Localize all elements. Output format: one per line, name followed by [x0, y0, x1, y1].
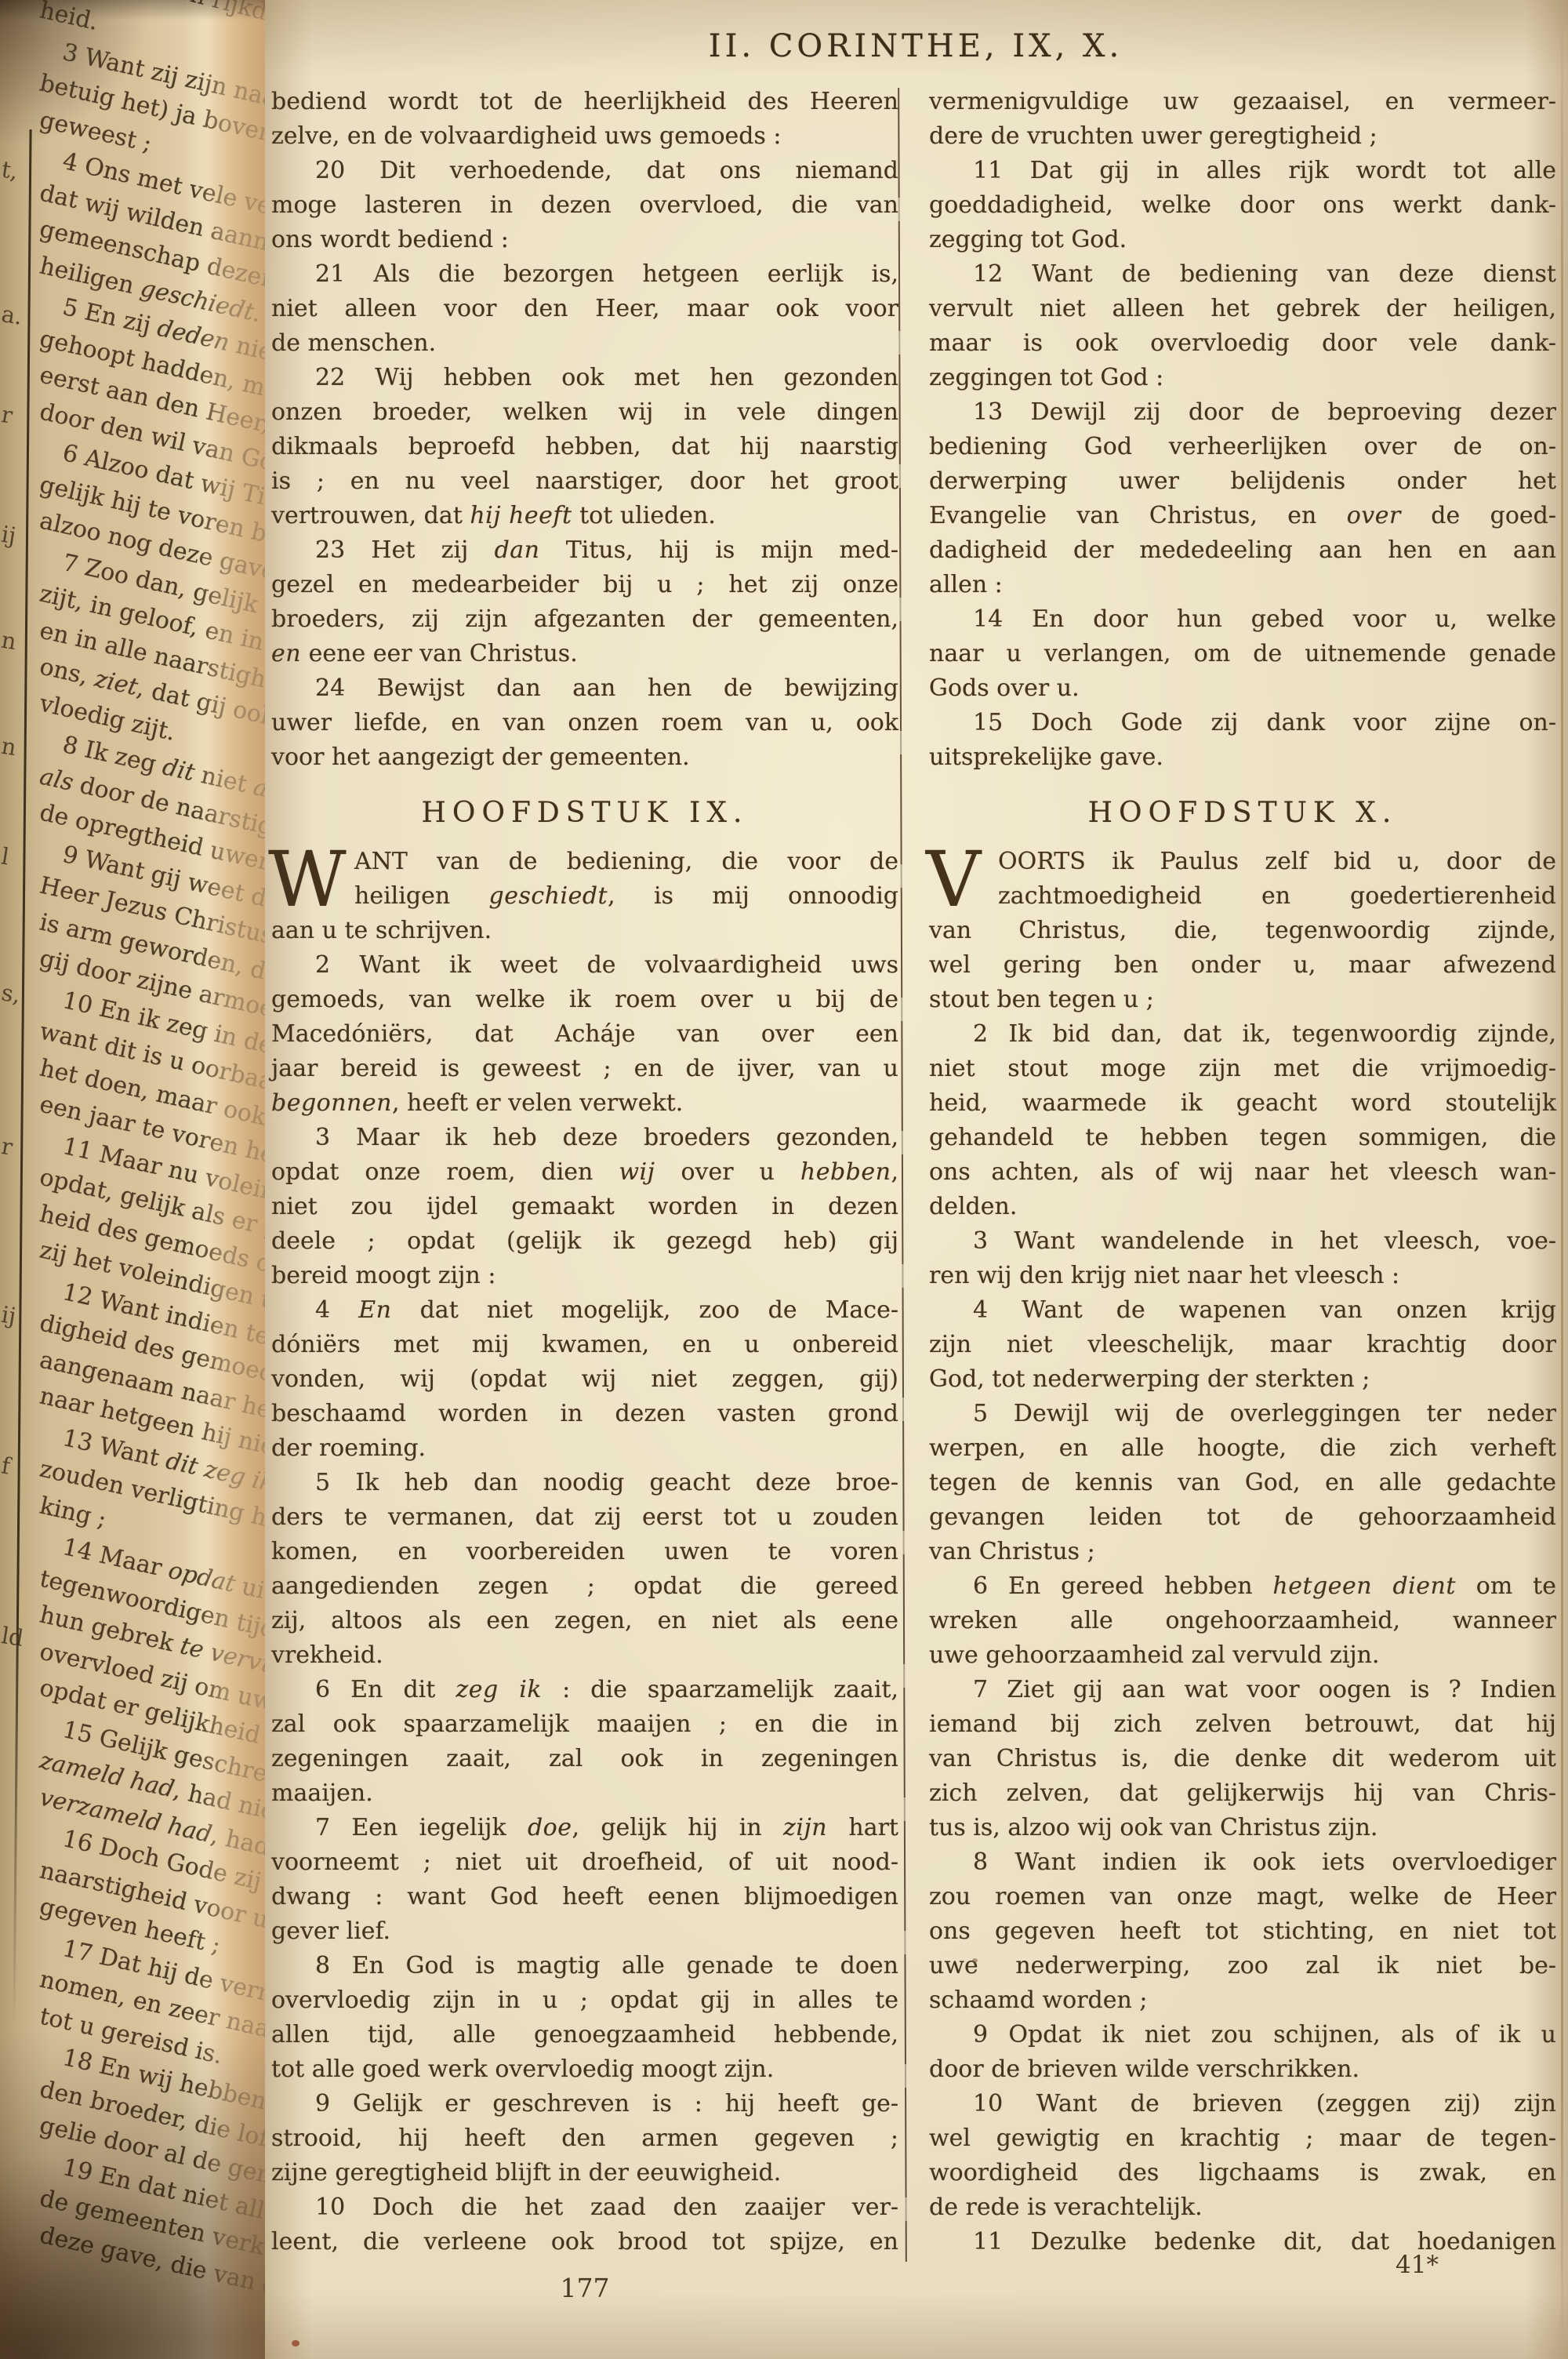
text-line: overvloedig zijn in u ; opdat gij in all… [271, 1983, 898, 2018]
gutter-text-line: heiligen geschiedt. [36, 248, 265, 392]
chapter-heading: HOOFDSTUK X. [929, 775, 1556, 845]
verse-paragraph: 9 Opdat ik niet zou schijnen, als of ik … [929, 2018, 1556, 2087]
gutter-text-line: hun gebrek te vervullen ; op [36, 1598, 265, 1742]
text-line: dere de vruchten uwer geregtigheid ; [929, 119, 1556, 154]
text-line: bereid moogt zijn : [271, 1259, 898, 1293]
text-line: leent, die verleene ook brood tot spijze… [271, 2225, 898, 2259]
text-line: 10 Want de brieven (zeggen zij) zijn [929, 2087, 1556, 2121]
text-line: 9 Opdat ik niet zou schijnen, als of ik … [929, 2018, 1556, 2052]
text-line: heiligen geschiedt, is mij onnoodig [271, 879, 898, 914]
text-line: stout ben tegen u ; [929, 983, 1556, 1017]
text-line: zegeningen zaait, zal ook in zegeningen [271, 1742, 898, 1776]
text-line: delden. [929, 1190, 1556, 1224]
text-line: ders te vermanen, dat zij eerst tot u zo… [271, 1500, 898, 1535]
gutter-text-line: 15 Gelijk geschreven is : d [36, 1707, 265, 1851]
gutter-text-line: 10 En ik zeg in dezen mij [36, 977, 265, 1121]
text-line: 21 Als die bezorgen hetgeen eerlijk is, [271, 257, 898, 292]
gutter-text-line: het doen, maar ook het wille [36, 1050, 265, 1194]
gutter-text-line: 16 Doch Gode zij dank, d [36, 1816, 265, 1961]
gutter-text-column: heid.3 Want zij zijn naar vermbetuig het… [39, 0, 265, 2253]
gutter-text-line: zij het voleindigen uit hetgee [36, 1233, 265, 1377]
gutter-text-line: betuig het) ja boven verm [36, 66, 265, 210]
gutter-top-fragment: den rijkdom [159, 0, 265, 35]
page-edge-fragment: n [0, 732, 18, 761]
gutter-text-line: 4 Ons met vele verma [36, 139, 265, 283]
text-line: uwe gehoorzaamheid zal vervuld zijn. [929, 1638, 1556, 1673]
text-line: 20 Dit verhoedende, dat ons niemand [271, 154, 898, 188]
paper-speck [972, 1958, 978, 1963]
page-edge-fragment: l [0, 842, 11, 870]
text-line: zijn niet vleeschelijk, maar krachtig do… [929, 1328, 1556, 1362]
gutter-text-line: 19 En dat niet alleen, ma [36, 2144, 265, 2288]
page-right-edge [1561, 0, 1563, 2359]
gutter-text-line: king ; [36, 1488, 265, 1632]
text-line: broeders, zij zijn afgezanten der gemeen… [271, 602, 898, 637]
verse-paragraph: 4 En dat niet mogelijk, zoo de Mace-dóni… [271, 1293, 898, 1466]
text-line: 4 Want de wapenen van onzen krijg [929, 1293, 1556, 1328]
gutter-text-line: gehoopt hadden, maar gav [36, 321, 265, 465]
gutter-text-line: eerst aan den Heer, en d [36, 358, 265, 502]
verse-paragraph: 5 Dewijl wij de overleggingen ter nederw… [929, 1397, 1556, 1569]
text-line: gever lief. [271, 1914, 898, 1949]
text-line: zou roemen van onze magt, welke de Heer [929, 1880, 1556, 1914]
text-line: uitsprekelijke gave. [929, 740, 1556, 775]
gutter-text-line: nomen, en zeer naarstig zijn [36, 1962, 265, 2106]
gutter-text-line: 6 Alzoo dat wij Titus verm [36, 431, 265, 575]
gutter-text-line: door den wil van God. [36, 394, 265, 538]
gutter-text-line: naar hetgeen hij niet heeft. [36, 1379, 265, 1523]
gutter-text-line: de gemeenten verkoren, om [36, 2181, 265, 2325]
text-line: Gods over u. [929, 671, 1556, 706]
verse-paragraph: vermenigvuldige uw gezaaisel, en vermeer… [929, 85, 1556, 154]
page-edge-fragment: t, [0, 156, 20, 185]
text-line: niet stout moge zijn met die vrijmoedig- [929, 1052, 1556, 1086]
right-text-column: vermenigvuldige uw gezaaisel, en vermeer… [929, 85, 1556, 2259]
verse-paragraph: 9 Gelijk er geschreven is : hij heeft ge… [271, 2087, 898, 2190]
text-line: deele ; opdat (gelijk ik gezegd heb) gij [271, 1224, 898, 1259]
verse-paragraph: 2 Ik bid dan, dat ik, tegenwoordig zijnd… [929, 1017, 1556, 1224]
text-line: allen : [929, 568, 1556, 602]
text-line: 24 Bewijst dan aan hen de bewijzing [271, 671, 898, 706]
text-line: 7 Ziet gij aan wat voor oogen is ? Indie… [929, 1673, 1556, 1707]
verse-paragraph: 6 En gereed hebben hetgeen dient om tewr… [929, 1569, 1556, 1673]
text-line: zal ook spaarzamelijk maaijen ; en die i… [271, 1707, 898, 1742]
text-line: wel gering ben onder u, maar afwezend [929, 948, 1556, 983]
gutter-text-line: 9 Want gij weet de gena [36, 831, 265, 976]
verse-paragraph: bediend wordt tot de heerlijkheid des He… [271, 85, 898, 154]
verse-paragraph: 10 Want de brieven (zeggen zij) zijnwel … [929, 2087, 1556, 2225]
gutter-text-line: tot u gereisd is. [36, 1998, 265, 2143]
verse-paragraph: 7 Een iegelijk doe, gelijk hij in zijn h… [271, 1811, 898, 1949]
gutter-text-line: 13 Want dit zeg ik niet, op [36, 1415, 265, 1559]
text-line: ons gegeven heeft tot stichting, en niet… [929, 1914, 1556, 1949]
text-line: komen, en voorbereiden uwen te voren [271, 1535, 898, 1569]
page-edge-fragment: n [0, 627, 18, 656]
verse-paragraph: 8 En God is magtig alle genade te doenov… [271, 1949, 898, 2087]
chapter-heading: HOOFDSTUK IX. [271, 775, 898, 845]
verse-paragraph: 24 Bewijst dan aan hen de bewijzinguwer … [271, 671, 898, 775]
text-line: 3 Maar ik heb deze broeders gezonden, [271, 1121, 898, 1155]
gutter-text-line: is arm geworden, daar hij rij [36, 904, 265, 1049]
gutter-text-line: de opregtheid uwer liefde bew [36, 795, 265, 940]
gutter-text-line: gelie door al de gemeenten [36, 2108, 265, 2252]
verse-paragraph: 6 En dit zeg ik : die spaarzamelijk zaai… [271, 1673, 898, 1811]
text-line: der roeming. [271, 1431, 898, 1466]
gutter-text-line: gemeenschap dezer bedien [36, 212, 265, 356]
text-line: de menschen. [271, 326, 898, 361]
text-line: gehandeld te hebben tegen sommigen, die [929, 1121, 1556, 1155]
text-line: maar is ook overvloedig door vele dank- [929, 326, 1556, 361]
gutter-text-line: 8 Ik zeg dit niet als gebi [36, 722, 265, 867]
text-line: dóniërs met mij kwamen, en u onbereid [271, 1328, 898, 1362]
text-line: en eene eer van Christus. [271, 637, 898, 671]
text-line: ons achten, als of wij naar het vleesch … [929, 1155, 1556, 1190]
text-line: niet zou ijdel gemaakt worden in dezen [271, 1190, 898, 1224]
scanned-book-photo: { "page": { "running_head": "II. CORINTH… [0, 0, 1568, 2359]
gutter-text-line: dat wij wilden aannemen [36, 175, 265, 319]
verse-paragraph: WANT van de bediening, die voor deheilig… [271, 845, 898, 948]
text-line: Evangelie van Christus, en over de goed- [929, 499, 1556, 533]
text-line: de rede is verachtelijk. [929, 2190, 1556, 2225]
gutter-text-line: 14 Maar opdat uit gelijkh [36, 1525, 265, 1669]
text-line: maaijen. [271, 1776, 898, 1811]
text-line: tegen de kennis van God, en alle gedacht… [929, 1466, 1556, 1500]
text-line: 11 Dat gij in alles rijk wordt tot alle [929, 154, 1556, 188]
gutter-text-line: naarstigheid voor u in het h [36, 1852, 265, 1997]
gutter-text-line: 17 Dat hij de vermaning [36, 1925, 265, 2070]
gutter-text-line: deze gave, die van ons bedie [36, 2217, 265, 2359]
text-line: dwang : want God heeft eenen blijmoedige… [271, 1880, 898, 1914]
text-line: 13 Dewijl zij door de beproeving dezer [929, 395, 1556, 430]
text-line: niet alleen voor den Heer, maar ook voor [271, 292, 898, 326]
text-line: werpen, en alle hoogte, die zich verheft [929, 1431, 1556, 1466]
gutter-text-line: 12 Want indien te voren d [36, 1269, 265, 1413]
text-line: van Christus, die, tegenwoordig zijnde, [929, 914, 1556, 948]
verse-paragraph: 11 Dat gij in alles rijk wordt tot alleg… [929, 154, 1556, 257]
text-line: 7 Een iegelijk doe, gelijk hij in zijn h… [271, 1811, 898, 1845]
gutter-text-line: alzoo nog deze gave bij u vol [36, 503, 265, 648]
verse-paragraph: 8 Want indien ik ook iets overvloedigerz… [929, 1845, 1556, 2018]
text-line: opdat onze roem, dien wij over u hebben, [271, 1155, 898, 1190]
text-line: vonden, wij (opdat wij niet zeggen, gij) [271, 1362, 898, 1397]
gutter-text-line: 18 En wij hebben ook med [36, 2035, 265, 2179]
text-line: is ; en nu veel naarstiger, door het gro… [271, 464, 898, 499]
text-line: vertrouwen, dat hij heeft tot ulieden. [271, 499, 898, 533]
text-line: zij, altoos als een zegen, en niet als e… [271, 1604, 898, 1638]
page-number: 177 [271, 2273, 898, 2303]
text-line: goeddadigheid, welke door ons werkt dank… [929, 188, 1556, 223]
text-line: ANT van de bediening, die voor de [271, 845, 898, 879]
text-line: 10 Doch die het zaad den zaaijer ver- [271, 2190, 898, 2225]
page-edge-fragment: ld [0, 1622, 25, 1652]
text-line: zegging tot God. [929, 223, 1556, 257]
drop-cap-initial: W [268, 847, 347, 913]
text-line: tus is, alzoo wij ook van Christus zijn. [929, 1811, 1556, 1845]
text-line: naar u verlangen, om de uitnemende genad… [929, 637, 1556, 671]
gutter-column-rule [13, 129, 31, 2027]
verse-paragraph: 20 Dit verhoedende, dat ons niemandmoge … [271, 154, 898, 257]
verse-paragraph: 7 Ziet gij aan wat voor oogen is ? Indie… [929, 1673, 1556, 1845]
gutter-text-line: want dit is u oorbaar, als die [36, 1014, 265, 1158]
page-edge-fragment: s, [0, 979, 23, 1008]
verse-paragraph: 10 Doch die het zaad den zaaijer ver-lee… [271, 2190, 898, 2259]
text-line: zeggingen tot God : [929, 361, 1556, 395]
text-line: bediening God verheerlijken over de on- [929, 430, 1556, 464]
gutter-text-line: vloedig zijt. [36, 685, 265, 830]
verse-paragraph: VOORTS ik Paulus zelf bid u, door dezach… [929, 845, 1556, 1017]
text-line: derwerping uwer belijdenis onder het [929, 464, 1556, 499]
gutter-text-line: overvloed zij om uw gebrek [36, 1634, 265, 1778]
gutter-text-line: verzameld had, had niet te w [36, 1779, 265, 1924]
verse-paragraph: 13 Dewijl zij door de beproeving dezerbe… [929, 395, 1556, 602]
text-line: 15 Doch Gode zij dank voor zijne on- [929, 706, 1556, 740]
gutter-text-line: heid des gemoeds om te wille [36, 1196, 265, 1340]
gutter-text-line: aangenaam naar hetgeen ie [36, 1342, 265, 1486]
text-line: wreken alle ongehoorzaamheid, wanneer [929, 1604, 1556, 1638]
text-line: zelve, en de volvaardigheid uws gemoeds … [271, 119, 898, 154]
text-line: moge lasteren in dezen overvloed, die va… [271, 188, 898, 223]
text-line: God, tot nederwerping der sterkten ; [929, 1362, 1556, 1397]
gutter-text-line: als door de naarstigheid va [36, 758, 265, 903]
page-edge-fragment: ij [0, 521, 18, 549]
text-line: onzen broeder, welken wij in vele dingen [271, 395, 898, 430]
bible-page: II. CORINTHE, IX, X. bediend wordt tot d… [265, 0, 1568, 2359]
text-line: 8 Want indien ik ook iets overvloediger [929, 1845, 1556, 1880]
gutter-text-line: zameld had, had niet over ; en [36, 1743, 265, 1888]
verse-paragraph: 12 Want de bediening van deze dienstverv… [929, 257, 1556, 395]
gutter-text-line: opdat er gelijkheid worde. [36, 1670, 265, 1815]
text-line: voor het aangezigt der gemeenten. [271, 740, 898, 775]
gutter-text-line: gelijk hij te voren begonnen h [36, 467, 265, 611]
text-line: Macedóniërs, dat Acháje van over een [271, 1017, 898, 1052]
text-line: aangedienden zegen ; opdat die gereed [271, 1569, 898, 1604]
text-line: begonnen, heeft er velen verwekt. [271, 1086, 898, 1121]
text-line: beschaamd worden in dezen vasten grond [271, 1397, 898, 1431]
gutter-text-line: opdat, gelijk als er geweest is d [36, 1160, 265, 1304]
text-line: ren wij den krijg niet naar het vleesch … [929, 1259, 1556, 1293]
text-line: zijne geregtigheid blijft in der eeuwigh… [271, 2156, 898, 2190]
text-line: iemand bij zich zelven betrouwt, dat hij [929, 1707, 1556, 1742]
gutter-text-line: heid. [36, 0, 265, 137]
text-line: zachtmoedigheid en goedertierenheid [929, 879, 1556, 914]
text-line: door de brieven wilde verschrikken. [929, 2052, 1556, 2087]
verse-paragraph: 2 Want ik weet de volvaardigheid uwsgemo… [271, 948, 898, 1121]
text-line: bediend wordt tot de heerlijkheid des He… [271, 85, 898, 119]
text-line: OORTS ik Paulus zelf bid u, door de [929, 845, 1556, 879]
gutter-text-line: 3 Want zij zijn naar verm [36, 29, 265, 173]
text-line: 6 En gereed hebben hetgeen dient om te [929, 1569, 1556, 1604]
page-edge-fragment: r [0, 1132, 14, 1161]
gutter-text-line: ons, ziet, dat gij ook in deze [36, 649, 265, 794]
text-line: strooid, hij heeft den armen gegeven ; [271, 2121, 898, 2156]
page-edge-fragment: a. [0, 300, 24, 330]
verse-paragraph: 5 Ik heb dan noodig geacht deze broe-der… [271, 1466, 898, 1673]
verse-paragraph: 21 Als die bezorgen hetgeen eerlijk is,n… [271, 257, 898, 361]
text-line: 14 En door hun gebed voor u, welke [929, 602, 1556, 637]
book-gutter-previous-page: heid.3 Want zij zijn naar vermbetuig het… [0, 0, 265, 2359]
running-head: II. CORINTHE, IX, X. [265, 28, 1566, 64]
verse-paragraph: 4 Want de wapenen van onzen krijgzijn ni… [929, 1293, 1556, 1397]
text-line: uwer liefde, en van onzen roem van u, oo… [271, 706, 898, 740]
gutter-text-line: 7 Zoo dan, gelijk gij in alles [36, 540, 265, 684]
text-line: 2 Ik bid dan, dat ik, tegenwoordig zijnd… [929, 1017, 1556, 1052]
gutter-text-line: zijt, in geloof, en in woord, en [36, 576, 265, 721]
verse-paragraph: 3 Maar ik heb deze broeders gezonden,opd… [271, 1121, 898, 1293]
text-line: ons wordt bediend : [271, 223, 898, 257]
signature-mark: 41* [929, 2251, 1439, 2279]
page-curl-shadow [194, 0, 265, 2359]
gutter-text-line: 11 Maar nu voleindigt oo [36, 1123, 265, 1267]
text-line: gevangen leiden tot de gehoorzaamheid [929, 1500, 1556, 1535]
verse-paragraph: 23 Het zij dan Titus, hij is mijn med-ge… [271, 533, 898, 671]
page-edge-fragment: ij [0, 1301, 18, 1329]
text-line: vrekheid. [271, 1638, 898, 1673]
verse-paragraph: 3 Want wandelende in het vleesch, voe-re… [929, 1224, 1556, 1293]
text-line: van Christus ; [929, 1535, 1556, 1569]
text-line: 8 En God is magtig alle genade te doen [271, 1949, 898, 1983]
text-line: allen tijd, alle genoegzaamheid hebbende… [271, 2018, 898, 2052]
left-text-column: bediend wordt tot de heerlijkheid des He… [271, 85, 898, 2259]
text-line: schaamd worden ; [929, 1983, 1556, 2018]
text-line: uwe nederwerping, zoo zal ik niet be- [929, 1949, 1556, 1983]
gutter-text-line: en in alle naarstigheid, en in u [36, 612, 265, 757]
text-line: dikmaals beproefd hebben, dat hij naarst… [271, 430, 898, 464]
text-line: vervult niet alleen het gebrek der heili… [929, 292, 1556, 326]
gutter-text-line: digheid des gemoeds daar is [36, 1306, 265, 1450]
text-line: 2 Want ik weet de volvaardigheid uws [271, 948, 898, 983]
text-line: zich zelven, dat gelijkerwijs hij van Ch… [929, 1776, 1556, 1811]
gutter-text-line: den broeder, die lof heeft in [36, 2071, 265, 2215]
gutter-text-line: geweest ; [36, 102, 265, 246]
gutter-text-line: tegenwoordigen tijd, uw over [36, 1561, 265, 1705]
text-line: 6 En dit zeg ik : die spaarzamelijk zaai… [271, 1673, 898, 1707]
text-line: 5 Dewijl wij de overleggingen ter neder [929, 1397, 1556, 1431]
text-line: 4 En dat niet mogelijk, zoo de Mace- [271, 1293, 898, 1328]
page-edge-fragment: f [0, 1452, 12, 1479]
column-divider-rule [898, 88, 907, 2262]
verse-paragraph: 14 En door hun gebed voor u, welkenaar u… [929, 602, 1556, 706]
paper-speck [713, 958, 718, 962]
text-line: 3 Want wandelende in het vleesch, voe- [929, 1224, 1556, 1259]
gutter-text-line: gegeven heeft ; [36, 1889, 265, 2034]
text-line: aan u te schrijven. [271, 914, 898, 948]
text-line: 9 Gelijk er geschreven is : hij heeft ge… [271, 2087, 898, 2121]
text-line: voorneemt ; niet uit droefheid, of uit n… [271, 1845, 898, 1880]
text-line: dadigheid der mededeeling aan hen en aan [929, 533, 1556, 568]
verse-paragraph: 15 Doch Gode zij dank voor zijne on-uits… [929, 706, 1556, 775]
text-line: gemoeds, van welke ik roem over u bij de [271, 983, 898, 1017]
text-line: tot alle goed werk overvloedig moogt zij… [271, 2052, 898, 2087]
verse-paragraph: 22 Wij hebben ook met hen gezondenonzen … [271, 361, 898, 533]
gutter-text-line: zouden verligting hebben, en [36, 1452, 265, 1596]
paper-speck [292, 2340, 299, 2346]
text-line: 23 Het zij dan Titus, hij is mijn med- [271, 533, 898, 568]
gutter-text-line: Heer Jezus Christus, dat hij [36, 868, 265, 1012]
text-line: 5 Ik heb dan noodig geacht deze broe- [271, 1466, 898, 1500]
gutter-text-line: een jaar te voren hebt begonn [36, 1087, 265, 1231]
drop-cap-initial: V [926, 847, 981, 913]
text-line: vermenigvuldige uw gezaaisel, en vermeer… [929, 85, 1556, 119]
text-line: heid, waarmede ik geacht word stoutelijk [929, 1086, 1556, 1121]
text-line: 22 Wij hebben ook met hen gezonden [271, 361, 898, 395]
text-line: jaar bereid is geweest ; en de ijver, va… [271, 1052, 898, 1086]
gutter-text-line: gij door zijne armoede zoudt [36, 941, 265, 1085]
text-line: wel gewigtig en krachtig ; maar de tegen… [929, 2121, 1556, 2156]
page-edge-fragment: r [0, 401, 14, 429]
text-line: woordigheid des ligchaams is zwak, en [929, 2156, 1556, 2190]
gutter-text-line: 5 En zij deden niet alleen [36, 285, 265, 429]
text-line: gezel en medearbeider bij u ; het zij on… [271, 568, 898, 602]
text-line: van Christus is, die denke dit wederom u… [929, 1742, 1556, 1776]
text-line: 12 Want de bediening van deze dienst [929, 257, 1556, 292]
